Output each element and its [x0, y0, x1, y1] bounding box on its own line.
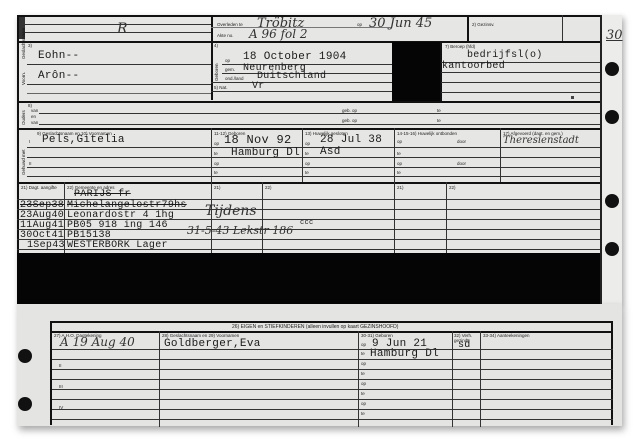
parents-side-label: Ouders — [21, 110, 26, 125]
birth-date: 18 October 1904 — [243, 51, 347, 63]
punch-hole — [605, 110, 619, 124]
deported-to: Theresienstadt — [503, 135, 579, 146]
akte-label: Akte no. — [217, 33, 234, 38]
children-title: 26) EIGEN en STIEFKINDEREN (alleen invul… — [232, 324, 398, 330]
address-note: ccc — [300, 219, 314, 227]
redacted-band — [17, 253, 600, 304]
page-number: 30 — [606, 28, 623, 43]
punch-hole — [18, 397, 32, 411]
occupation-line1: bedrijfsl(o) — [467, 50, 543, 61]
spouse-birth-date: 18 Nov 92 — [224, 133, 292, 147]
surname: Eohn-- — [38, 50, 79, 62]
akte-value: A 96 fol 2 — [249, 27, 308, 41]
registration-card-front: R Overleden te Tröbitz op 30 Jun 45 Akte… — [17, 15, 622, 305]
children-table: 26) EIGEN en STIEFKINDEREN (alleen invul… — [50, 321, 613, 425]
punch-hole — [605, 62, 619, 76]
occupation-label: 7) Beroep (hfd) — [445, 44, 475, 49]
card-margin-strip: 30 — [600, 15, 622, 305]
registration-card-back: 26) EIGEN en STIEFKINDEREN (alleen invul… — [17, 304, 622, 426]
punch-hole — [605, 194, 619, 208]
gezinsv-label: 2) Gezinsv. — [472, 22, 494, 27]
firstnames: Arôn-- — [38, 70, 79, 82]
death-date: 30 Jun 45 — [369, 16, 432, 31]
redacted-photo — [392, 42, 440, 102]
spouse-side-label: Gehuwd met — [21, 149, 26, 175]
birth-country: Duitschland — [257, 71, 326, 82]
aho-date: A 19 Aug 40 — [60, 335, 135, 349]
marriage-place: Asd — [320, 146, 341, 158]
handwritten-address: 31-5-43 Lekstr 186 — [187, 224, 293, 237]
punch-hole — [605, 242, 619, 256]
handwritten-tijdens: Tijdens — [205, 203, 257, 219]
punch-hole — [18, 349, 32, 363]
initial-letter: R — [117, 21, 128, 37]
marriage-date: 28 Jul 38 — [320, 134, 382, 146]
occupation-line2: kantoorbed — [442, 61, 505, 72]
firstnames-side-label: Voorn. — [21, 72, 26, 85]
spouse-name: Pels,Gitelia — [42, 134, 125, 146]
names-side-label: Geslachtsnaam — [21, 28, 26, 59]
